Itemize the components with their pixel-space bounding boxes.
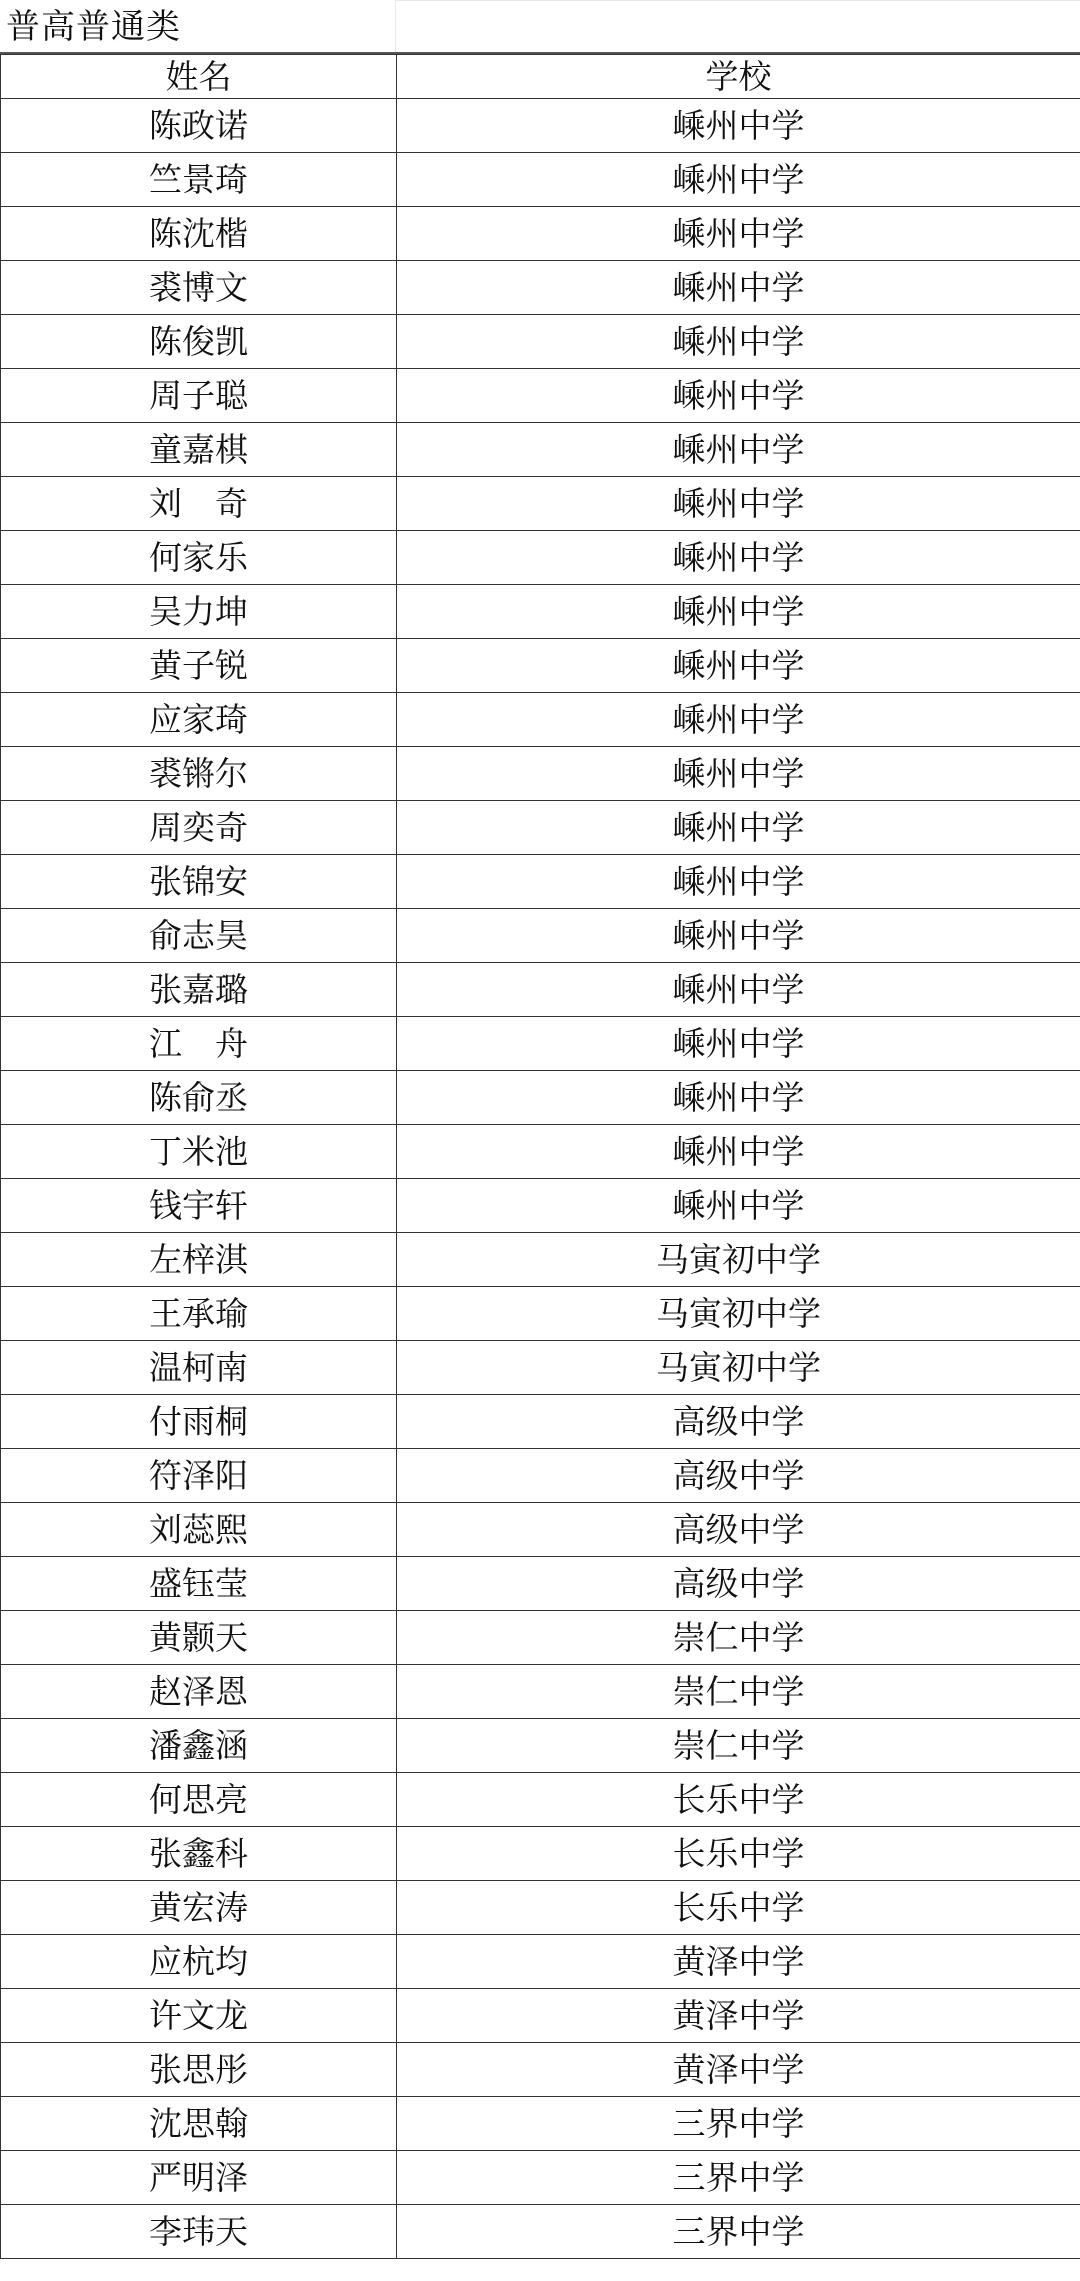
school-cell: 嵊州中学 [397,855,1080,909]
table-row: 何家乐嵊州中学 [1,531,1080,585]
student-name-cell: 张锦安 [1,855,397,909]
student-name-cell: 黄宏涛 [1,1881,397,1935]
school-cell: 高级中学 [397,1449,1080,1503]
school-cell: 嵊州中学 [397,99,1080,153]
student-name-cell: 钱宇轩 [1,1179,397,1233]
sheet-title: 普高普通类 [0,0,396,52]
table-row: 左梓淇马寅初中学 [1,1233,1080,1287]
student-name-cell: 童嘉棋 [1,423,397,477]
school-cell: 三界中学 [397,2151,1080,2205]
school-cell: 长乐中学 [397,1827,1080,1881]
school-cell: 崇仁中学 [397,1719,1080,1773]
table-row: 钱宇轩嵊州中学 [1,1179,1080,1233]
school-cell: 嵊州中学 [397,207,1080,261]
school-cell: 黄泽中学 [397,2043,1080,2097]
table-row: 盛钰莹高级中学 [1,1557,1080,1611]
student-name-cell: 竺景琦 [1,153,397,207]
school-cell: 嵊州中学 [397,261,1080,315]
table-row: 付雨桐高级中学 [1,1395,1080,1449]
student-name-cell: 黄子锐 [1,639,397,693]
table-row: 李玮天三界中学 [1,2205,1080,2259]
school-cell: 长乐中学 [397,1773,1080,1827]
table-row: 周奕奇嵊州中学 [1,801,1080,855]
title-row: 普高普通类 [0,0,1080,54]
school-cell: 嵊州中学 [397,747,1080,801]
table-row: 裘锵尔嵊州中学 [1,747,1080,801]
school-cell: 嵊州中学 [397,315,1080,369]
student-table: 姓名 学校 陈政诺嵊州中学竺景琦嵊州中学陈沈楷嵊州中学裘博文嵊州中学陈俊凯嵊州中… [0,54,1080,2259]
student-name-cell: 符泽阳 [1,1449,397,1503]
school-cell: 黄泽中学 [397,1935,1080,1989]
table-row: 黄子锐嵊州中学 [1,639,1080,693]
table-row: 温柯南马寅初中学 [1,1341,1080,1395]
student-name-cell: 付雨桐 [1,1395,397,1449]
school-cell: 嵊州中学 [397,909,1080,963]
school-cell: 嵊州中学 [397,153,1080,207]
table-row: 张锦安嵊州中学 [1,855,1080,909]
school-cell: 嵊州中学 [397,1071,1080,1125]
table-row: 竺景琦嵊州中学 [1,153,1080,207]
table-row: 赵泽恩崇仁中学 [1,1665,1080,1719]
table-row: 符泽阳高级中学 [1,1449,1080,1503]
student-name-cell: 黄颢天 [1,1611,397,1665]
column-header-school: 学校 [397,55,1080,99]
table-row: 应家琦嵊州中学 [1,693,1080,747]
table-row: 陈政诺嵊州中学 [1,99,1080,153]
school-cell: 嵊州中学 [397,585,1080,639]
table-row: 陈俊凯嵊州中学 [1,315,1080,369]
student-name-cell: 江 舟 [1,1017,397,1071]
student-name-cell: 丁米池 [1,1125,397,1179]
school-cell: 嵊州中学 [397,639,1080,693]
table-row: 何思亮长乐中学 [1,1773,1080,1827]
student-name-cell: 盛钰莹 [1,1557,397,1611]
table-row: 许文龙黄泽中学 [1,1989,1080,2043]
column-header-name: 姓名 [1,55,397,99]
school-cell: 黄泽中学 [397,1989,1080,2043]
student-name-cell: 沈思翰 [1,2097,397,2151]
student-name-cell: 张思彤 [1,2043,397,2097]
school-cell: 嵊州中学 [397,423,1080,477]
school-cell: 崇仁中学 [397,1665,1080,1719]
student-name-cell: 俞志昊 [1,909,397,963]
table-row: 江 舟嵊州中学 [1,1017,1080,1071]
student-name-cell: 陈俞丞 [1,1071,397,1125]
student-name-cell: 应家琦 [1,693,397,747]
student-name-cell: 张鑫科 [1,1827,397,1881]
student-name-cell: 陈政诺 [1,99,397,153]
empty-cell [396,0,1080,52]
student-name-cell: 刘蕊熙 [1,1503,397,1557]
school-cell: 长乐中学 [397,1881,1080,1935]
student-name-cell: 许文龙 [1,1989,397,2043]
table-row: 黄颢天崇仁中学 [1,1611,1080,1665]
student-name-cell: 赵泽恩 [1,1665,397,1719]
school-cell: 高级中学 [397,1557,1080,1611]
school-cell: 马寅初中学 [397,1341,1080,1395]
student-name-cell: 王承瑜 [1,1287,397,1341]
student-name-cell: 严明泽 [1,2151,397,2205]
table-row: 童嘉棋嵊州中学 [1,423,1080,477]
school-cell: 马寅初中学 [397,1287,1080,1341]
table-row: 周子聪嵊州中学 [1,369,1080,423]
school-cell: 崇仁中学 [397,1611,1080,1665]
table-row: 张嘉璐嵊州中学 [1,963,1080,1017]
school-cell: 三界中学 [397,2097,1080,2151]
table-row: 黄宏涛长乐中学 [1,1881,1080,1935]
school-cell: 三界中学 [397,2205,1080,2259]
student-name-cell: 李玮天 [1,2205,397,2259]
table-row: 沈思翰三界中学 [1,2097,1080,2151]
school-cell: 高级中学 [397,1503,1080,1557]
student-name-cell: 陈沈楷 [1,207,397,261]
student-name-cell: 应杭均 [1,1935,397,1989]
student-name-cell: 裘博文 [1,261,397,315]
student-name-cell: 左梓淇 [1,1233,397,1287]
table-row: 陈俞丞嵊州中学 [1,1071,1080,1125]
student-name-cell: 裘锵尔 [1,747,397,801]
school-cell: 嵊州中学 [397,801,1080,855]
student-name-cell: 刘 奇 [1,477,397,531]
table-row: 张鑫科长乐中学 [1,1827,1080,1881]
student-name-cell: 潘鑫涵 [1,1719,397,1773]
table-row: 应杭均黄泽中学 [1,1935,1080,1989]
table-row: 俞志昊嵊州中学 [1,909,1080,963]
table-row: 陈沈楷嵊州中学 [1,207,1080,261]
student-name-cell: 陈俊凯 [1,315,397,369]
school-cell: 嵊州中学 [397,1125,1080,1179]
table-row: 严明泽三界中学 [1,2151,1080,2205]
school-cell: 嵊州中学 [397,1017,1080,1071]
school-cell: 嵊州中学 [397,693,1080,747]
school-cell: 嵊州中学 [397,1179,1080,1233]
table-row: 张思彤黄泽中学 [1,2043,1080,2097]
school-cell: 嵊州中学 [397,369,1080,423]
table-row: 王承瑜马寅初中学 [1,1287,1080,1341]
table-row: 刘蕊熙高级中学 [1,1503,1080,1557]
table-row: 刘 奇嵊州中学 [1,477,1080,531]
table-row: 裘博文嵊州中学 [1,261,1080,315]
school-cell: 马寅初中学 [397,1233,1080,1287]
student-name-cell: 温柯南 [1,1341,397,1395]
school-cell: 嵊州中学 [397,477,1080,531]
header-row: 姓名 学校 [1,55,1080,99]
school-cell: 嵊州中学 [397,531,1080,585]
student-name-cell: 张嘉璐 [1,963,397,1017]
table-row: 潘鑫涵崇仁中学 [1,1719,1080,1773]
student-name-cell: 周子聪 [1,369,397,423]
student-name-cell: 何家乐 [1,531,397,585]
table-row: 吴力坤嵊州中学 [1,585,1080,639]
table-row: 丁米池嵊州中学 [1,1125,1080,1179]
student-name-cell: 何思亮 [1,1773,397,1827]
table-body: 陈政诺嵊州中学竺景琦嵊州中学陈沈楷嵊州中学裘博文嵊州中学陈俊凯嵊州中学周子聪嵊州… [1,99,1080,2259]
student-name-cell: 吴力坤 [1,585,397,639]
school-cell: 高级中学 [397,1395,1080,1449]
student-name-cell: 周奕奇 [1,801,397,855]
spreadsheet: 普高普通类 姓名 学校 陈政诺嵊州中学竺景琦嵊州中学陈沈楷嵊州中学裘博文嵊州中学… [0,0,1080,2259]
school-cell: 嵊州中学 [397,963,1080,1017]
